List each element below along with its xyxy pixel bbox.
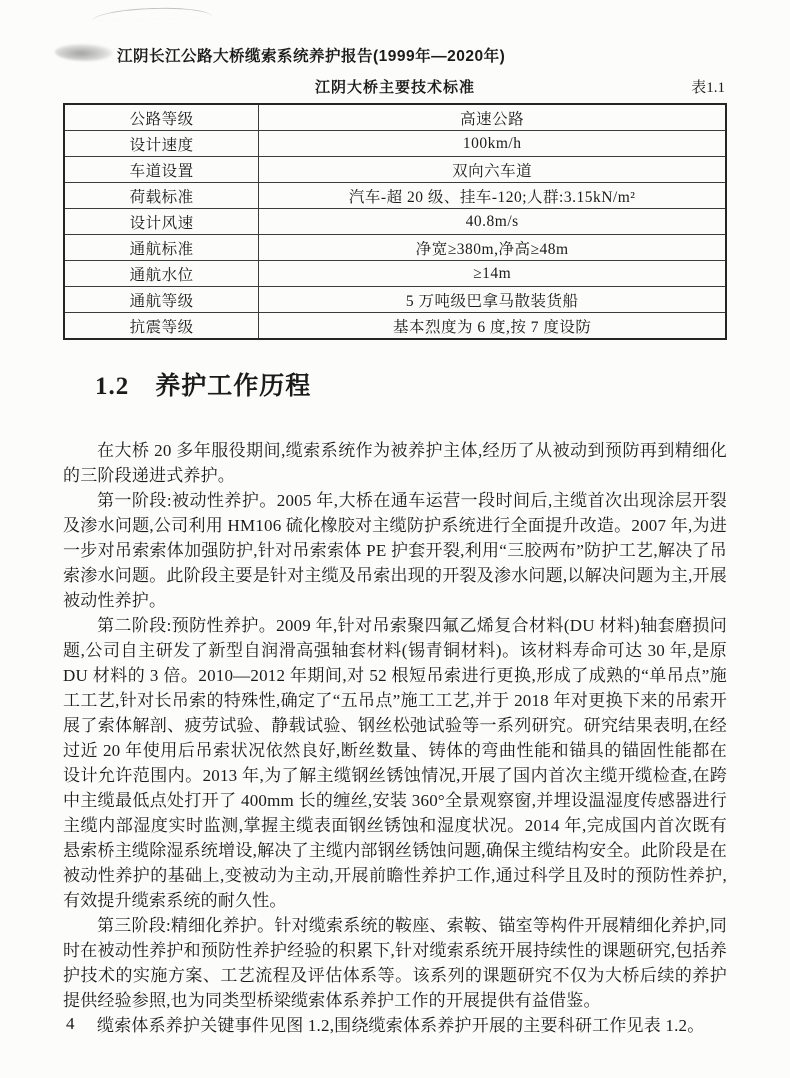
running-header-title: 江阴长江公路大桥缆索系统养护报告(1999年—2020年): [63, 0, 727, 66]
table-row-navigation-class: 通航等级 5 万吨级巴拿马散装货船: [64, 287, 726, 313]
table-key-cell: 车道设置: [64, 157, 259, 183]
table-key-cell: 通航等级: [64, 287, 259, 313]
page-number: 4: [66, 1014, 75, 1034]
table-key-cell: 荷载标准: [64, 183, 259, 209]
section-heading: 1.2 养护工作历程: [95, 366, 727, 402]
table-row-navigation-standard: 通航标准 净宽≥380m,净高≥48m: [64, 235, 726, 261]
table-value-cell: ≥14m: [259, 261, 726, 287]
table-row-design-wind-speed: 设计风速 40.8m/s: [64, 209, 726, 235]
table-row-navigation-water-level: 通航水位 ≥14m: [64, 261, 726, 287]
table-value-cell: 100km/h: [259, 131, 726, 157]
table-value-cell: 40.8m/s: [259, 209, 726, 235]
table-caption-row: 江阴大桥主要技术标准 表1.1: [63, 77, 727, 99]
table-key-cell: 设计风速: [64, 209, 259, 235]
table-value-cell: 双向六车道: [259, 157, 726, 183]
page-content: 江阴长江公路大桥缆索系统养护报告(1999年—2020年) 江阴大桥主要技术标准…: [63, 0, 727, 1038]
table-row-lane-configuration: 车道设置 双向六车道: [64, 157, 726, 183]
table-row-road-grade: 公路等级 高速公路: [64, 104, 726, 131]
table-key-cell: 通航标准: [64, 235, 259, 261]
table-caption: 江阴大桥主要技术标准: [63, 77, 727, 99]
table-value-cell: 5 万吨级巴拿马散装货船: [259, 287, 726, 313]
paragraph-overview: 在大桥 20 多年服役期间,缆索系统作为被养护主体,经历了从被动到预防再到精细化…: [63, 438, 727, 488]
paragraph-stage3-refined-maintenance: 第三阶段:精细化养护。针对缆索系统的鞍座、索鞍、锚室等构件开展精细化养护,同时在…: [63, 913, 727, 1013]
table-row-design-speed: 设计速度 100km/h: [64, 131, 726, 157]
table-row-seismic-grade: 抗震等级 基本烈度为 6 度,按 7 度设防: [64, 313, 726, 340]
table-key-cell: 抗震等级: [64, 313, 259, 340]
scanned-report-page: 江阴长江公路大桥缆索系统养护报告(1999年—2020年) 江阴大桥主要技术标准…: [0, 0, 790, 1078]
table-value-cell: 净宽≥380m,净高≥48m: [259, 235, 726, 261]
table-value-cell: 基本烈度为 6 度,按 7 度设防: [259, 313, 726, 340]
table-key-cell: 设计速度: [64, 131, 259, 157]
paragraph-stage1-passive-maintenance: 第一阶段:被动性养护。2005 年,大桥在通车运营一段时间后,主缆首次出现涂层开…: [63, 488, 727, 613]
table-key-cell: 通航水位: [64, 261, 259, 287]
paragraph-stage2-preventive-maintenance: 第二阶段:预防性养护。2009 年,针对吊索聚四氟乙烯复合材料(DU 材料)轴套…: [63, 613, 727, 913]
table-number-label: 表1.1: [691, 77, 725, 99]
paragraph-cross-reference: 缆索体系养护关键事件见图 1.2,围绕缆索体系养护开展的主要科研工作见表 1.2…: [63, 1013, 727, 1038]
table-key-cell: 公路等级: [64, 104, 259, 131]
table-value-cell: 高速公路: [259, 104, 726, 131]
section-body: 在大桥 20 多年服役期间,缆索系统作为被养护主体,经历了从被动到预防再到精细化…: [63, 438, 727, 1038]
table-row-load-standard: 荷载标准 汽车-超 20 级、挂车-120;人群:3.15kN/m²: [64, 183, 726, 209]
table-value-cell: 汽车-超 20 级、挂车-120;人群:3.15kN/m²: [259, 183, 726, 209]
technical-standards-table: 公路等级 高速公路 设计速度 100km/h 车道设置 双向六车道 荷载标准 汽…: [63, 103, 727, 340]
